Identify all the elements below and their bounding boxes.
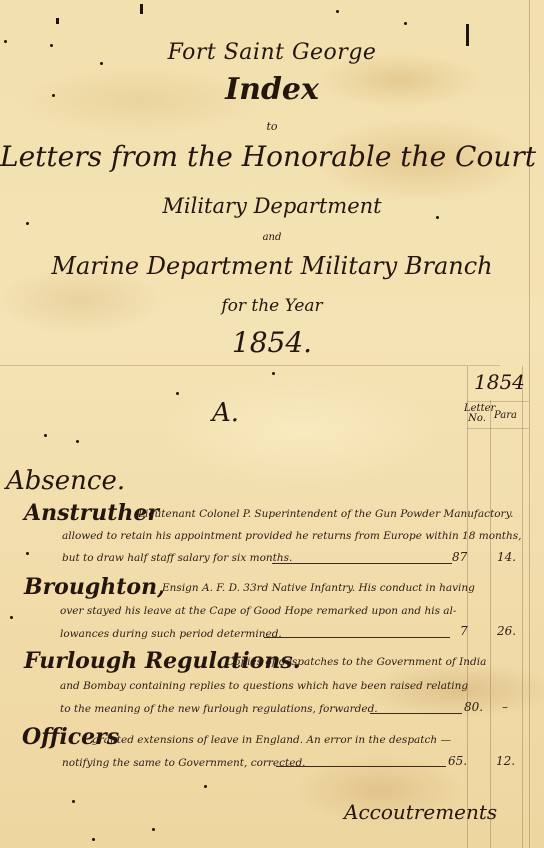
title-index: Index [0, 72, 544, 107]
entry-leader-line [272, 563, 452, 564]
catchword: Accoutrements [344, 800, 497, 824]
entry-leader-line [370, 713, 462, 714]
entry-para: 14. [497, 550, 516, 564]
column-letter-no-header: Letter No. [464, 404, 490, 424]
entry-line: over stayed his leave at the Cape of Goo… [60, 605, 456, 617]
para-column-right-rule [522, 366, 523, 848]
entry-line: to the meaning of the new furlough regul… [60, 703, 378, 715]
column-header-rule [467, 428, 529, 429]
title-and: and [0, 232, 544, 243]
entry-line: lowances during such period determined. [60, 628, 282, 640]
entry-line: Lieutenant Colonel P. Superintendent of … [138, 508, 513, 520]
document-page: Fort Saint George Index to Letters from … [0, 0, 544, 848]
title-military-department: Military Department [0, 194, 544, 218]
title-for-the-year: for the Year [0, 296, 544, 316]
entry-line: granted extensions of leave in England. … [92, 734, 451, 746]
entry-para: – [502, 700, 508, 714]
column-para-header: Para [494, 410, 517, 421]
section-letter: A. [212, 398, 239, 428]
title-letters-from-court: Letters from the Honorable the Court of … [0, 140, 544, 173]
entry-letter-no: 80. [464, 700, 483, 714]
title-to: to [0, 120, 544, 133]
letter-column-rule [467, 366, 468, 848]
entry-line: Ensign A. F. D. 33rd Native Infantry. Hi… [162, 582, 475, 594]
entry-para: 12. [496, 754, 515, 768]
entry-line: and Bombay containing replies to questio… [60, 680, 468, 692]
entry-leader-line [276, 766, 446, 767]
title-marine-department: Marine Department Military Branch [0, 252, 544, 280]
entry-para: 26. [497, 624, 516, 638]
entry-leader-line [264, 637, 450, 638]
title-fort-saint-george: Fort Saint George [0, 40, 544, 65]
entry-letter-no: 7 [460, 624, 468, 638]
entry-line: Copies of despatches to the Government o… [226, 656, 486, 668]
entry-line: but to draw half staff salary for six mo… [62, 552, 292, 564]
section-heading: Absence. [6, 466, 125, 496]
para-column-rule [490, 400, 491, 848]
entry-letter-no: 65. [448, 754, 467, 768]
column-year-rule [467, 401, 529, 402]
header-rule [0, 365, 500, 366]
entry-name: Broughton, [24, 574, 165, 600]
column-year-header: 1854 [474, 370, 525, 394]
title-year: 1854. [0, 326, 544, 359]
entry-line: allowed to retain his appointment provid… [62, 530, 522, 542]
entry-letter-no: 87 [452, 550, 467, 564]
entry-line: notifying the same to Government, correc… [62, 757, 306, 769]
